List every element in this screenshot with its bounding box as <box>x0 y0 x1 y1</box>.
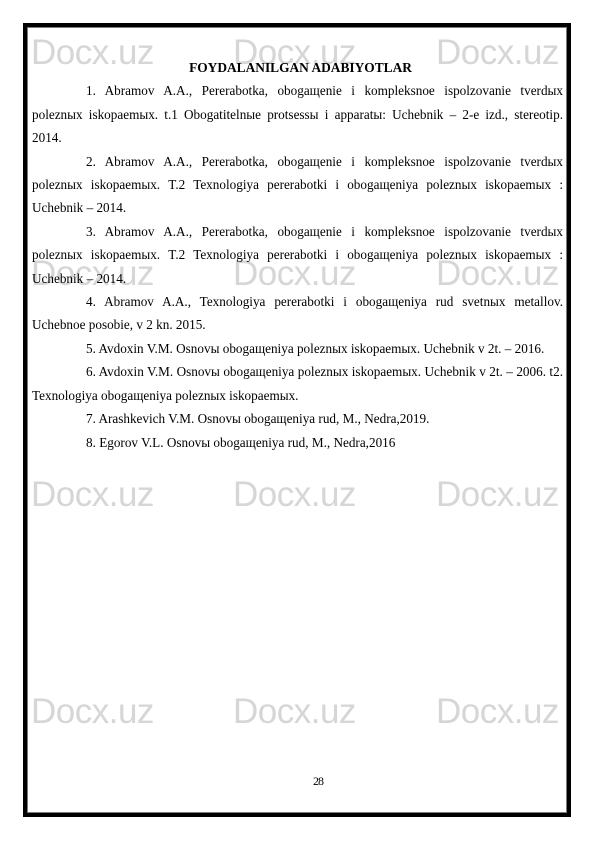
reference-item: 7. Arashkevich V.M. Osnovы obogaщeniya r… <box>32 407 563 430</box>
page-title: FOYDALANILGAN ADABIYOTLAR <box>32 56 563 79</box>
reference-item: 6. Avdoxin V.M. Osnovы obogaщeniya polez… <box>32 360 563 407</box>
document-body: FOYDALANILGAN ADABIYOTLAR 1. Abramov A.A… <box>32 56 563 454</box>
reference-item: 1. Abramov A.A., Pererabotka, obogaщenie… <box>32 79 563 149</box>
reference-item: 3. Abramov A.A., Pererabotka, obogaщenie… <box>32 220 563 290</box>
page-number: 28 <box>0 774 595 789</box>
reference-item: 8. Egorov V.L. Osnovы obogaщeniya rud, M… <box>32 431 563 454</box>
reference-item: 2. Abramov A.A., Pererabotka, obogaщenie… <box>32 150 563 220</box>
reference-item: 5. Avdoxin V.M. Osnovы obogaщeniya polez… <box>32 337 563 360</box>
reference-item: 4. Abramov A.A., Texnologiya pererabotki… <box>32 290 563 337</box>
